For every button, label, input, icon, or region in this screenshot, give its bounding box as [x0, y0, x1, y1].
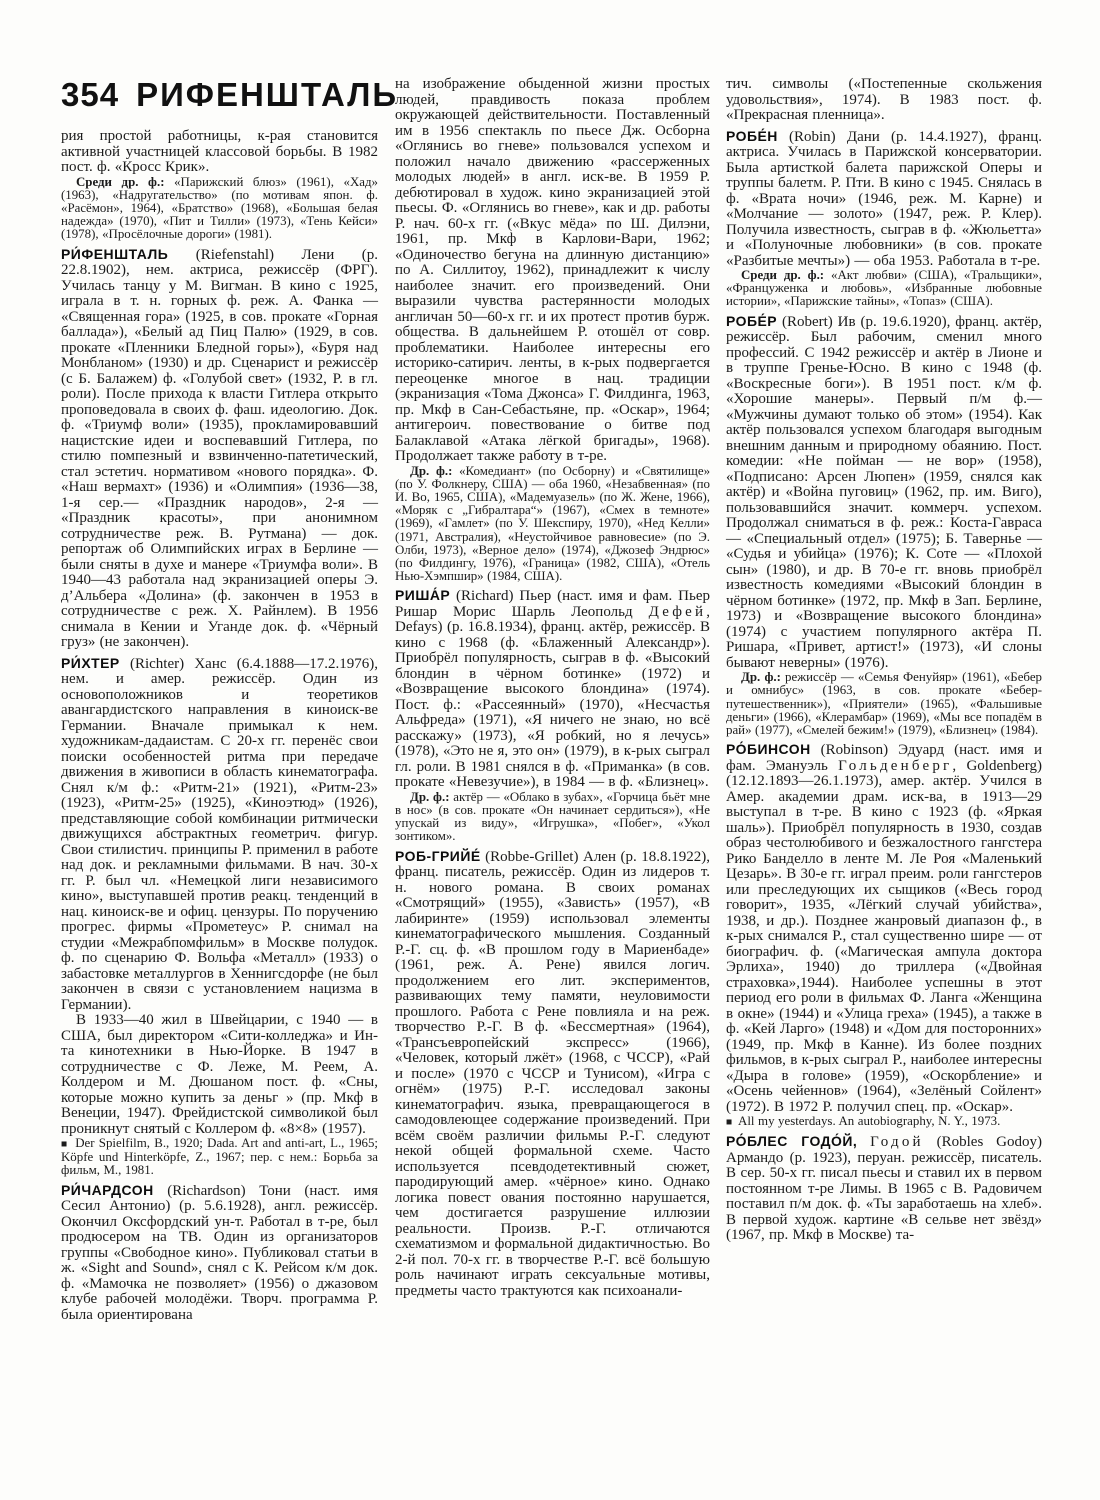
continuation-paragraph: тич. символы («Постепенные скольжения уд…: [726, 77, 1042, 124]
filmography-note: Среди др. ф.: «Акт любви» (США), «Тральщ…: [726, 269, 1042, 309]
list-lead-label: Др. ф.:: [410, 790, 450, 804]
entry-headword: РОБЕ́Р: [726, 313, 777, 329]
text-run: рия простой работницы, к-рая становится …: [61, 128, 378, 175]
spaced-name: Гольденберг: [838, 758, 952, 774]
entry-headword: РОБ-ГРИЙЕ́: [395, 848, 481, 864]
entry-riefenstahl: РИ́ФЕНШТАЛЬ (Riefenstahl) Лени (р. 22.8.…: [61, 247, 378, 651]
column-3: тич. символы («Постепенные скольжения уд…: [726, 77, 1042, 1244]
bibliography-note: ■ Der Spielfilm, B., 1920; Dada. Art and…: [61, 1137, 378, 1178]
text-run: All my yesterdays. An autobiography, N. …: [735, 1114, 1000, 1128]
column-2: на изображение обыденной жизни простых л…: [395, 77, 710, 1299]
text-run: Der Spielfilm, B., 1920; Dada. Art and a…: [61, 1136, 378, 1177]
entry-robinson: РО́БИНСОН (Robinson) Эдуард (наст. имя и…: [726, 742, 1042, 1115]
entry-headword: РИ́ЧАРДСОН: [61, 1182, 154, 1198]
list-lead-label: Др. ф.:: [410, 464, 452, 478]
entry-richardson: РИ́ЧАРДСОН (Richardson) Тони (наст. имя …: [61, 1183, 378, 1324]
list-lead-label: Среди др. ф.:: [741, 268, 824, 282]
text-run: «Комедиант» (по Осборну) и «Святилище» (…: [395, 464, 710, 584]
text-run: (Robert) Ив (р. 19.6.1920), франц. актёр…: [726, 314, 1042, 671]
entry-headword: РО́БЛЕС ГОДО́Й,: [726, 1133, 857, 1149]
entry-headword: РИ́ФЕНШТАЛЬ: [61, 246, 168, 262]
text-run: [857, 1134, 870, 1150]
entry-headword: РИ́ХТЕР: [61, 655, 120, 671]
text-run: (Richardson) Тони (наст. имя Сесил Антон…: [61, 1183, 378, 1323]
text-run: В 1933—40 жил в Швейцарии, с 1940 — в СШ…: [61, 1012, 378, 1137]
continuation-paragraph: на изображение обыденной жизни простых л…: [395, 77, 710, 465]
text-run: (Robbe-Grillet) Ален (р. 18.8.1922), фра…: [395, 849, 710, 1299]
page-number: 354: [61, 78, 119, 112]
entry-robbe-grillet: РОБ-ГРИЙЕ́ (Robbe-Grillet) Ален (р. 18.8…: [395, 849, 710, 1300]
bibliography-square-marker: ■: [726, 1117, 732, 1128]
filmography-note: Др. ф.: актёр — «Облако в зубах», «Горчи…: [395, 791, 710, 844]
entry-headword: РО́БИНСОН: [726, 741, 811, 757]
filmography-note: Среди др. ф.: «Парижский блюз» (1961), «…: [61, 176, 378, 242]
text-run: (Richter) Ханс (6.4.1888—17.2.1976), нем…: [61, 656, 378, 1013]
encyclopedia-page: 354РИФЕНШТАЛЬ рия простой работницы, к-р…: [0, 0, 1100, 1500]
entry-headword: РОБЕ́Н: [726, 128, 778, 144]
entry-headword: РИША́Р: [395, 587, 450, 603]
filmography-note: Др. ф.: режиссёр — «Семья Фенуйяр» (1961…: [726, 671, 1042, 737]
entry-richard: РИША́Р (Richard) Пьер (наст. имя и фам. …: [395, 588, 710, 791]
spaced-name: Дефей: [649, 604, 707, 620]
running-head: РИФЕНШТАЛЬ: [136, 76, 398, 113]
entry-richter: РИ́ХТЕР (Richter) Ханс (6.4.1888—17.2.19…: [61, 656, 378, 1014]
spaced-name: Годой: [870, 1134, 924, 1150]
entry-robles-godoy: РО́БЛЕС ГОДО́Й, Годой (Robles Godoy) Арм…: [726, 1134, 1042, 1244]
list-lead-label: Др. ф.:: [741, 670, 781, 684]
text-run: , Defays) (р. 16.8.1934), франц. актёр, …: [395, 604, 710, 791]
list-lead-label: Среди др. ф.:: [76, 175, 165, 189]
entry-robert: РОБЕ́Р (Robert) Ив (р. 19.6.1920), франц…: [726, 314, 1042, 672]
column-1: рия простой работницы, к-рая становится …: [61, 129, 378, 1323]
page-header: 354РИФЕНШТАЛЬ: [61, 78, 398, 112]
text-run: (Robin) Дани (р. 14.4.1927), франц. актр…: [726, 129, 1042, 269]
body-paragraph: В 1933—40 жил в Швейцарии, с 1940 — в СШ…: [61, 1013, 378, 1137]
bibliography-note: ■ All my yesterdays. An autobiography, N…: [726, 1115, 1042, 1129]
bibliography-square-marker: ■: [61, 1139, 68, 1150]
continuation-paragraph: рия простой работницы, к-рая становится …: [61, 129, 378, 176]
text-run: (Robles Godoy) Армандо (р. 1923), перуан…: [726, 1134, 1042, 1243]
text-run: на изображение обыденной жизни простых л…: [395, 76, 710, 464]
text-run: тич. символы («Постепенные скольжения уд…: [726, 76, 1042, 123]
text-run: , Goldenberg) (12.12.1893—26.1.1973), ам…: [726, 758, 1042, 1115]
entry-robin: РОБЕ́Н (Robin) Дани (р. 14.4.1927), фран…: [726, 129, 1042, 270]
filmography-note: Др. ф.: «Комедиант» (по Осборну) и «Свят…: [395, 465, 710, 584]
text-run: (Riefenstahl) Лени (р. 22.8.1902), нем. …: [61, 247, 378, 651]
